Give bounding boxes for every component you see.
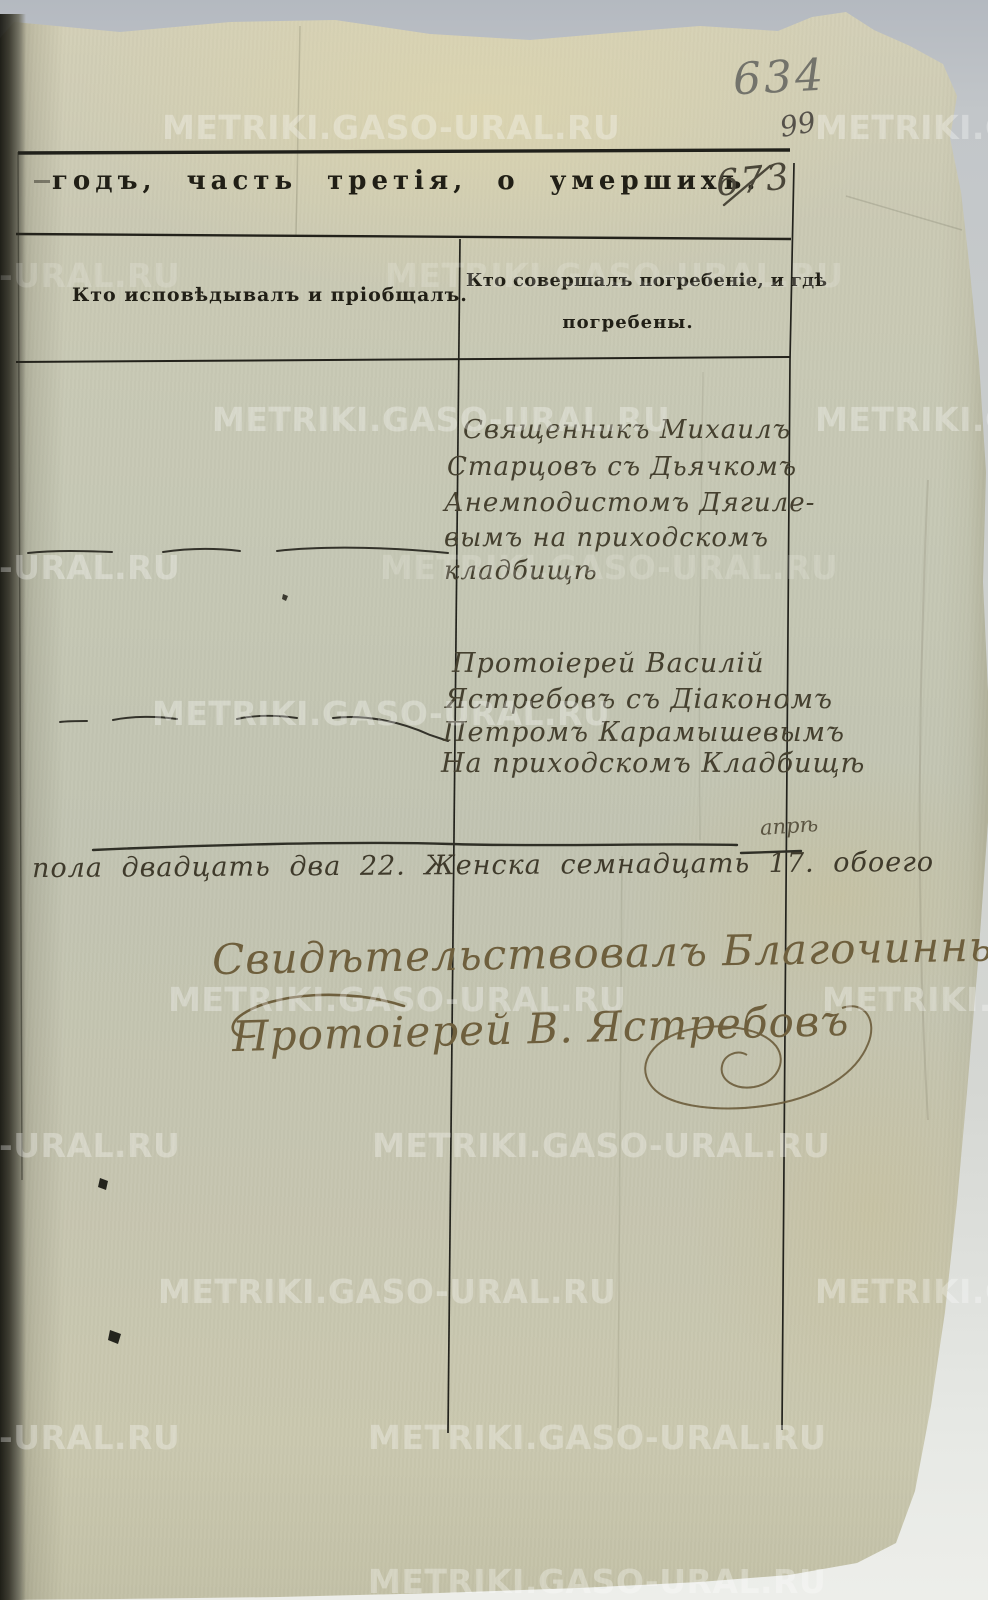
paper-crease bbox=[846, 196, 962, 230]
ink-page-number: 99 bbox=[777, 105, 818, 144]
entry1-line: кладбищѣ bbox=[444, 556, 598, 586]
paper-crease bbox=[296, 26, 300, 236]
year-placeholder-dash bbox=[34, 180, 50, 183]
entry2-line: Петромъ Карамышевымъ bbox=[443, 717, 845, 748]
entry2-line: На приходскомъ Кладбищѣ bbox=[441, 748, 865, 779]
empty-cell-dash bbox=[333, 717, 448, 741]
column-header-confessor: Кто исповѣдывалъ и пріобщалъ. bbox=[72, 284, 468, 306]
totals-summary-line: пола двадцать два 22. Женска семнадцать … bbox=[32, 847, 934, 884]
table-rule-top bbox=[18, 150, 790, 153]
empty-cell-dash bbox=[113, 717, 177, 720]
table-rule-header-bottom bbox=[16, 357, 790, 362]
table-border-right bbox=[782, 163, 794, 1430]
empty-cell-dash bbox=[28, 551, 112, 553]
column-header-burial-line1: Кто совершалъ погребеніе, и гдѣ bbox=[466, 270, 790, 291]
entry2-line: Протоіерей Василій bbox=[452, 648, 764, 679]
entry1-line: Священникъ Михаилъ bbox=[463, 415, 791, 445]
month-abbreviation-note: апрѣ bbox=[759, 812, 819, 840]
crossed-out-page-number: 673 bbox=[714, 156, 793, 205]
column-divider-line bbox=[448, 239, 460, 1433]
empty-cell-dash bbox=[60, 721, 87, 722]
pencil-page-number: 634 bbox=[732, 50, 828, 106]
table-border-left bbox=[18, 152, 22, 1180]
entry2-line: Ястребовъ съ Діакономъ bbox=[445, 684, 833, 715]
empty-cell-dash bbox=[237, 716, 297, 719]
empty-cell-dash bbox=[277, 548, 448, 553]
printed-section-title: годъ, часть третія, о умершихъ. bbox=[52, 166, 760, 196]
entry1-line: Анемподистомъ Дягиле- bbox=[444, 488, 815, 518]
table-rule-header-top bbox=[16, 234, 791, 239]
ink-blot bbox=[108, 1330, 121, 1344]
table-lines-overlay bbox=[0, 0, 988, 1600]
scanned-register-photo: годъ, часть третія, о умершихъ. 634 99 6… bbox=[0, 0, 988, 1600]
entry1-line: вымъ на приходскомъ bbox=[444, 523, 769, 553]
entry1-line: Старцовъ съ Дьячкомъ bbox=[447, 452, 797, 482]
ink-blot bbox=[282, 594, 288, 601]
ink-blot bbox=[98, 1178, 108, 1190]
column-header-burial-line2: погребены. bbox=[466, 312, 790, 333]
torn-edge-crease bbox=[920, 480, 928, 1120]
empty-cell-dash bbox=[163, 549, 240, 552]
